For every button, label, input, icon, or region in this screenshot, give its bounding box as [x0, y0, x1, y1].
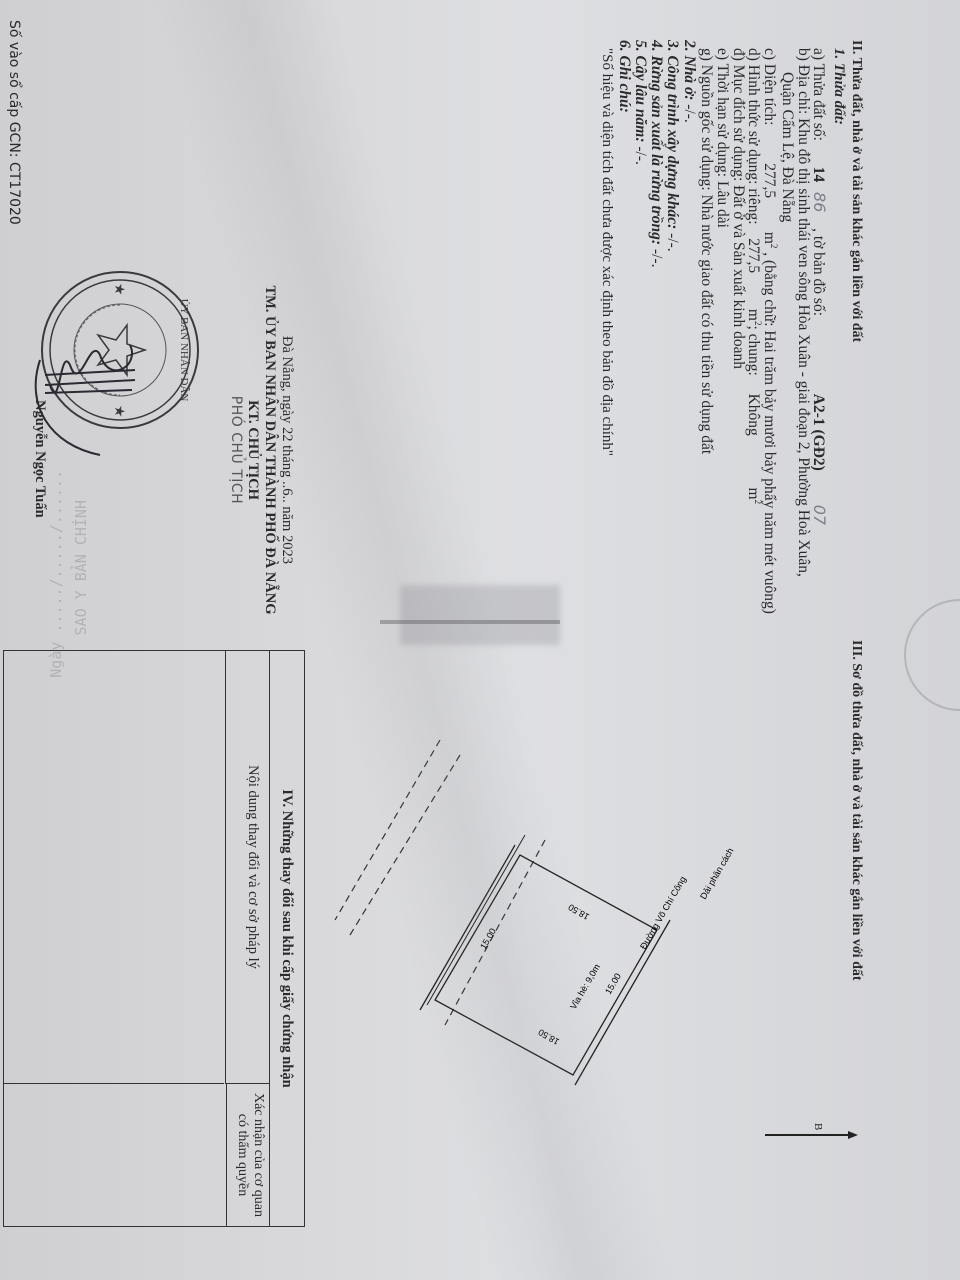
usage-private-value: 277,5 — [745, 238, 762, 273]
map-sheet-handwritten: 07 — [810, 505, 829, 525]
changes-col-confirmation-line2: có thẩm quyền — [234, 1084, 250, 1226]
map-sheet-label: , tờ bản đồ số: — [810, 228, 827, 316]
changes-col-confirmation-line1: Xác nhận của cơ quan — [250, 1084, 266, 1226]
house-label: 2. Nhà ở: — [681, 40, 698, 100]
area-in-words: , (bằng chữ: Hai trăm bảy mươi bảy phẩy … — [761, 252, 778, 614]
signature-organization: TM. ỦY BAN NHÂN DÂN THÀNH PHỐ ĐÀ NẴNG — [261, 250, 278, 650]
bleedthrough-stamp-text-2: Ngày ...../...../...... — [47, 470, 65, 678]
usage-shared-label: ; chung: — [745, 325, 762, 375]
section-iv-title: IV. Những thay đổi sau khi cấp giấy chứn… — [269, 651, 304, 1226]
section-iii-title: III. Sơ đồ thửa đất, nhà ở và tài sản kh… — [848, 640, 864, 981]
usage-shared-value: Không — [745, 394, 762, 436]
usage-shared-unit: m — [745, 488, 762, 500]
perennial-label: 5. Cây lâu năm: — [632, 40, 649, 142]
perennial-row: 5. Cây lâu năm: -/-. — [631, 40, 649, 165]
house-value: -/-. — [681, 104, 698, 123]
other-construction-label: 3. Công trình xây dựng khác: — [664, 40, 681, 229]
faded-stamp-icon — [900, 580, 960, 730]
map-edge-back: 15.00 — [478, 926, 498, 951]
usage-term-row: e) Thời hạn sử dụng: Lâu dài — [713, 48, 731, 228]
usage-purpose-row: đ) Mục đích sử dụng: Đất ở và Sản xuất k… — [729, 48, 747, 369]
notes-value: "Số hiệu và diện tích đất chưa được xác … — [598, 48, 615, 456]
signer-name: Nguyễn Ngọc Tuấn — [31, 400, 48, 518]
svg-text:B: B — [812, 1123, 824, 1130]
certificate-book-number: Số vào sổ cấp GCN: CT17020 — [6, 20, 22, 225]
house-row: 2. Nhà ở: -/-. — [680, 40, 698, 123]
svg-text:★: ★ — [111, 283, 126, 296]
signature-date: Đà Nẵng, ngày 22 tháng ..6.. năm 2023 — [278, 250, 295, 650]
usage-origin-label: g) Nguồn gốc sử dụng: — [698, 48, 715, 191]
map-edge-right: 18.50 — [536, 1027, 561, 1047]
parcel-number-handwritten: 86 — [810, 192, 829, 212]
area-unit: m — [761, 232, 778, 244]
map-edge-front: 15.00 — [603, 971, 623, 996]
signature-position: PHÓ CHỦ TỊCH — [228, 250, 244, 650]
notes-label: 6. Ghi chú: — [616, 40, 633, 113]
area-value: 277,5 — [761, 163, 778, 198]
other-construction-row: 3. Công trình xây dựng khác: -/-. — [663, 40, 681, 252]
usage-form-label: d) Hình thức sử dụng: riêng: — [745, 48, 762, 225]
scan-line — [380, 620, 560, 624]
usage-term-value: Lâu dài — [714, 181, 731, 228]
changes-table: IV. Những thay đổi sau khi cấp giấy chứn… — [3, 650, 305, 1227]
north-arrow-icon: B — [760, 1120, 860, 1150]
usage-term-label: e) Thời hạn sử dụng: — [714, 48, 731, 177]
signature-on-behalf: KT. CHỦ TỊCH — [244, 250, 261, 650]
parcel-number-value: 14 — [810, 167, 827, 183]
usage-purpose-value: Đất ở và Sản xuất kinh doanh — [730, 185, 747, 369]
changes-col-confirmation: Xác nhận của cơ quan có thẩm quyền — [226, 1084, 270, 1226]
land-certificate-page: II. Thửa đất, nhà ở và tài sản khác gắn … — [0, 0, 960, 1280]
usage-private-unit: m — [745, 309, 762, 321]
bleedthrough-stamp-text: SAO Y BẢN CHÍNH — [72, 500, 90, 635]
address-value-line2: Quận Cẩm Lệ, Đà Nẵng — [778, 72, 796, 222]
svg-text:ỦY BAN NHÂN DÂN: ỦY BAN NHÂN DÂN — [178, 299, 190, 402]
parcel-map: Dải phân cách Đường Võ Chí Công Vỉa hè: … — [325, 630, 845, 1250]
usage-origin-row: g) Nguồn gốc sử dụng: Nhà nước giao đất … — [697, 48, 715, 454]
map-divider-label: Dải phân cách — [698, 846, 735, 901]
area-label: c) Diện tích: — [761, 48, 778, 125]
forest-value: -/-. — [648, 249, 665, 268]
usage-origin-value: Nhà nước giao đất có thu tiền sử dụng đấ… — [698, 195, 715, 455]
section-ii-title: II. Thửa đất, nhà ở và tài sản khác gắn … — [848, 40, 864, 342]
forest-row: 4. Rừng sản xuất là rừng trồng: -/-. — [647, 40, 665, 267]
notes-row: 6. Ghi chú: — [615, 40, 633, 113]
parcel-number-label: a) Thửa đất số: — [810, 48, 827, 141]
photo-frame: II. Thửa đất, nhà ở và tài sản khác gắn … — [0, 0, 960, 1280]
parcel-heading: 1. Thửa đất: — [830, 48, 847, 125]
changes-col-content: Nội dung thay đổi và cơ sở pháp lý — [225, 651, 270, 1084]
map-sidewalk-label: Vỉa hè: 9,0m — [568, 962, 602, 1011]
address-label: b) Địa chỉ: — [795, 48, 812, 114]
perennial-value: -/-. — [632, 146, 649, 165]
map-sheet-value: A2-1 (GĐ2) — [810, 394, 827, 471]
signature-block: Đà Nẵng, ngày 22 tháng ..6.. năm 2023 TM… — [228, 250, 295, 650]
parcel-number-row: a) Thửa đất số: 14 86 , tờ bản đồ số: A2… — [809, 48, 829, 525]
map-edge-left: 18.50 — [566, 902, 591, 922]
usage-purpose-label: đ) Mục đích sử dụng: — [730, 48, 747, 181]
address-value-line1: Khu đô thị sinh thái ven sông Hòa Xuân -… — [795, 118, 812, 577]
map-road-label: Đường Võ Chí Công — [638, 875, 688, 951]
forest-label: 4. Rừng sản xuất là rừng trồng: — [648, 40, 665, 245]
other-construction-value: -/-. — [664, 233, 681, 252]
changes-body-cell — [4, 651, 224, 1084]
address-row: b) Địa chỉ: Khu đô thị sinh thái ven sôn… — [794, 48, 812, 577]
